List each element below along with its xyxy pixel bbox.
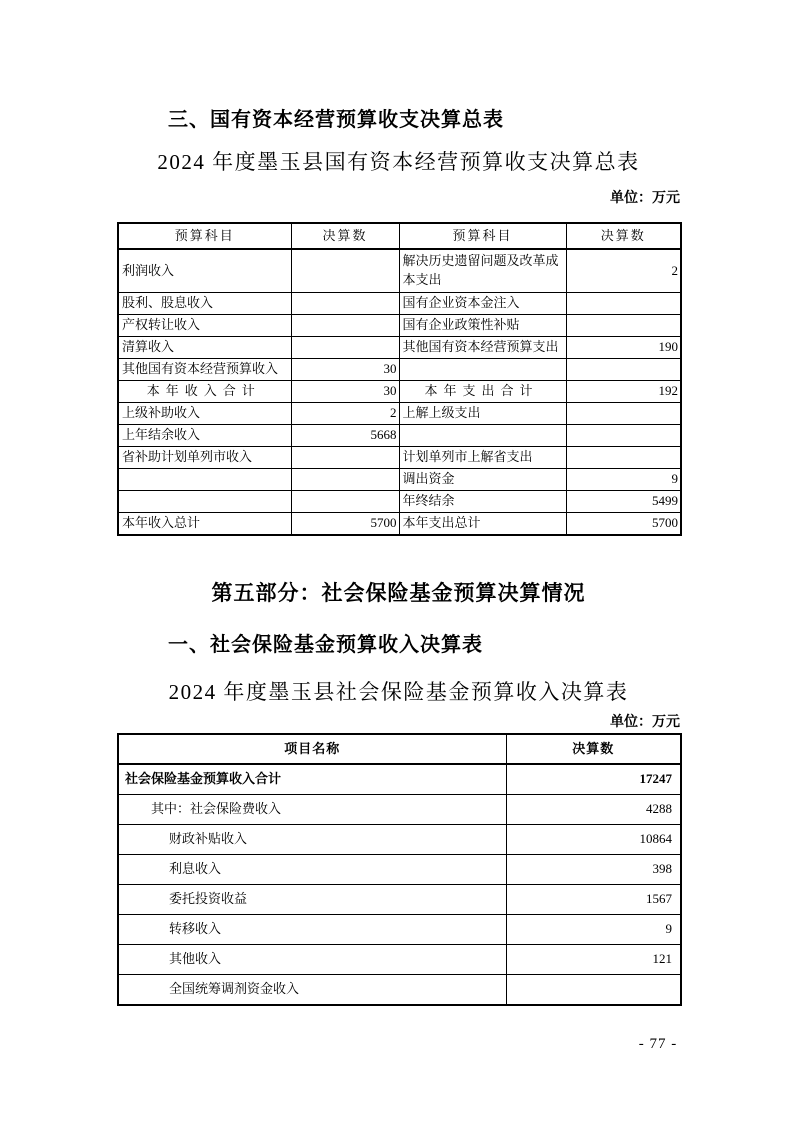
item-name-cell: 其中：社会保险费收入 — [118, 795, 506, 825]
amount-cell — [566, 359, 681, 381]
amount-cell: 2 — [291, 403, 399, 425]
table-row: 产权转让收入国有企业政策性补贴 — [118, 315, 681, 337]
item-name-cell: 财政补贴收入 — [118, 825, 506, 855]
table-row: 委托投资收益1567 — [118, 885, 681, 915]
table-row: 本年收入合计30本年支出合计192 — [118, 381, 681, 403]
amount-cell: 5499 — [566, 491, 681, 513]
table-row: 财政补贴收入10864 — [118, 825, 681, 855]
table-row: 转移收入9 — [118, 915, 681, 945]
amount-cell: 5700 — [291, 513, 399, 536]
amount-cell: 10864 — [506, 825, 681, 855]
budget-item-cell: 本年收入总计 — [118, 513, 291, 536]
budget-item-cell: 上解上级支出 — [399, 403, 566, 425]
amount-cell: 2 — [566, 249, 681, 293]
table-row: 利息收入398 — [118, 855, 681, 885]
budget-item-cell: 上年结余收入 — [118, 425, 291, 447]
table1-title: 2024 年度墨玉县国有资本经营预算收支决算总表 — [117, 146, 680, 176]
amount-cell — [566, 403, 681, 425]
budget-item-cell: 其他国有资本经营预算支出 — [399, 337, 566, 359]
amount-cell: 30 — [291, 359, 399, 381]
amount-cell — [291, 337, 399, 359]
budget-item-cell: 本年支出总计 — [399, 513, 566, 536]
column-header: 项目名称 — [118, 734, 506, 764]
table1-unit-label: 单位：万元 — [610, 187, 680, 207]
table1-header-row: 预算科目决算数预算科目决算数 — [118, 223, 681, 249]
item-name-cell: 转移收入 — [118, 915, 506, 945]
part5-heading: 第五部分：社会保险基金预算决算情况 — [117, 577, 680, 607]
column-header: 预算科目 — [118, 223, 291, 249]
table-row: 本年收入总计5700本年支出总计5700 — [118, 513, 681, 536]
budget-item-cell: 上级补助收入 — [118, 403, 291, 425]
amount-cell — [291, 249, 399, 293]
amount-cell — [566, 315, 681, 337]
amount-cell: 30 — [291, 381, 399, 403]
table-row: 股利、股息收入国有企业资本金注入 — [118, 293, 681, 315]
amount-cell: 398 — [506, 855, 681, 885]
table-row: 调出资金9 — [118, 469, 681, 491]
budget-item-cell: 国有企业政策性补贴 — [399, 315, 566, 337]
amount-cell — [566, 293, 681, 315]
budget-item-cell: 股利、股息收入 — [118, 293, 291, 315]
amount-cell: 9 — [566, 469, 681, 491]
amount-cell — [506, 975, 681, 1006]
item-name-cell: 其他收入 — [118, 945, 506, 975]
page-number: - 77 - — [628, 1036, 688, 1053]
budget-item-cell — [399, 359, 566, 381]
budget-item-cell: 产权转让收入 — [118, 315, 291, 337]
budget-item-cell: 计划单列市上解省支出 — [399, 447, 566, 469]
item-name-cell: 利息收入 — [118, 855, 506, 885]
budget-item-cell: 利润收入 — [118, 249, 291, 293]
amount-cell — [566, 425, 681, 447]
table-row: 利润收入解决历史遗留问题及改革成本支出2 — [118, 249, 681, 293]
amount-cell: 192 — [566, 381, 681, 403]
amount-cell — [291, 315, 399, 337]
state-capital-budget-summary-table: 预算科目决算数预算科目决算数 利润收入解决历史遗留问题及改革成本支出2股利、股息… — [117, 222, 682, 536]
amount-cell: 190 — [566, 337, 681, 359]
budget-item-cell: 其他国有资本经营预算收入 — [118, 359, 291, 381]
table-row: 全国统筹调剂资金收入 — [118, 975, 681, 1006]
amount-cell: 17247 — [506, 764, 681, 795]
amount-cell: 1567 — [506, 885, 681, 915]
table-row: 年终结余5499 — [118, 491, 681, 513]
table-row: 其他收入121 — [118, 945, 681, 975]
column-header: 预算科目 — [399, 223, 566, 249]
budget-item-cell: 调出资金 — [399, 469, 566, 491]
table2-header-row: 项目名称决算数 — [118, 734, 681, 764]
column-header: 决算数 — [566, 223, 681, 249]
amount-cell — [291, 447, 399, 469]
amount-cell — [566, 447, 681, 469]
amount-cell — [291, 469, 399, 491]
document-page: 三、国有资本经营预算收支决算总表 2024 年度墨玉县国有资本经营预算收支决算总… — [0, 0, 793, 1122]
table-row: 省补助计划单列市收入计划单列市上解省支出 — [118, 447, 681, 469]
column-header: 决算数 — [506, 734, 681, 764]
budget-item-cell: 本年支出合计 — [399, 381, 566, 403]
budget-item-cell: 本年收入合计 — [118, 381, 291, 403]
section1-heading: 一、社会保险基金预算收入决算表 — [168, 628, 483, 657]
social-insurance-income-table: 项目名称决算数 社会保险基金预算收入合计17247其中：社会保险费收入4288财… — [117, 733, 682, 1006]
item-name-cell: 委托投资收益 — [118, 885, 506, 915]
section3-heading: 三、国有资本经营预算收支决算总表 — [168, 103, 504, 132]
table-row: 上年结余收入5668 — [118, 425, 681, 447]
budget-item-cell — [118, 491, 291, 513]
table-row: 清算收入其他国有资本经营预算支出190 — [118, 337, 681, 359]
amount-cell: 9 — [506, 915, 681, 945]
budget-item-cell: 国有企业资本金注入 — [399, 293, 566, 315]
budget-item-cell: 解决历史遗留问题及改革成本支出 — [399, 249, 566, 293]
amount-cell: 121 — [506, 945, 681, 975]
amount-cell — [291, 293, 399, 315]
item-name-cell: 社会保险基金预算收入合计 — [118, 764, 506, 795]
table2-unit-label: 单位：万元 — [610, 711, 680, 731]
budget-item-cell — [399, 425, 566, 447]
column-header: 决算数 — [291, 223, 399, 249]
amount-cell: 5668 — [291, 425, 399, 447]
table-row: 社会保险基金预算收入合计17247 — [118, 764, 681, 795]
budget-item-cell: 清算收入 — [118, 337, 291, 359]
budget-item-cell: 省补助计划单列市收入 — [118, 447, 291, 469]
budget-item-cell: 年终结余 — [399, 491, 566, 513]
table-row: 其中：社会保险费收入4288 — [118, 795, 681, 825]
amount-cell: 4288 — [506, 795, 681, 825]
item-name-cell: 全国统筹调剂资金收入 — [118, 975, 506, 1006]
table-row: 上级补助收入2上解上级支出 — [118, 403, 681, 425]
budget-item-cell — [118, 469, 291, 491]
table-row: 其他国有资本经营预算收入30 — [118, 359, 681, 381]
amount-cell — [291, 491, 399, 513]
amount-cell: 5700 — [566, 513, 681, 536]
table2-title: 2024 年度墨玉县社会保险基金预算收入决算表 — [117, 676, 680, 706]
